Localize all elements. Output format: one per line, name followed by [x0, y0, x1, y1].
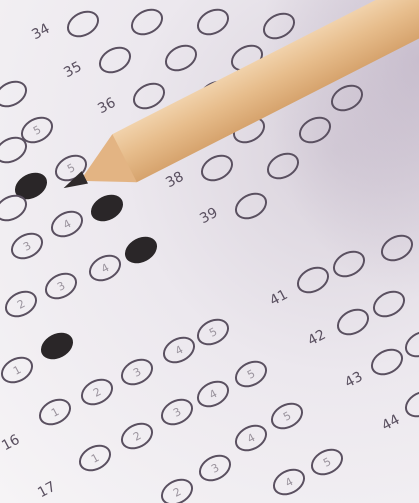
- question-number: 43: [342, 369, 365, 391]
- answer-bubble: 1: [34, 393, 75, 430]
- answer-bubble: 2: [116, 417, 157, 454]
- question-number: 36: [95, 95, 118, 117]
- answer-bubble: 3: [116, 353, 157, 390]
- question-number: 44: [379, 412, 402, 434]
- answer-bubble: [400, 385, 419, 422]
- answer-bubble: 5: [306, 443, 347, 480]
- answer-sheet-photo: 34 35 36 37 38 39 41 42 43 44 16 17 5 5 …: [0, 0, 419, 503]
- answer-bubble: [62, 5, 103, 42]
- answer-bubble: 4: [192, 375, 233, 412]
- answer-bubble: [94, 41, 135, 78]
- filled-bubble: [120, 231, 161, 268]
- answer-bubble: [366, 343, 407, 380]
- answer-bubble: 4: [158, 331, 199, 368]
- answer-bubble: 5: [192, 313, 233, 350]
- question-number: 39: [197, 205, 220, 227]
- answer-bubble: [332, 303, 373, 340]
- answer-bubble: 2: [0, 285, 41, 322]
- answer-bubble: 5: [266, 397, 307, 434]
- answer-bubble: 2: [156, 473, 197, 503]
- question-number: 16: [0, 432, 23, 454]
- answer-bubble: [192, 3, 233, 40]
- answer-bubble: [0, 75, 32, 112]
- answer-bubble: 1: [74, 439, 115, 476]
- answer-bubble: [160, 39, 201, 76]
- answer-bubble: 4: [84, 249, 125, 286]
- answer-bubble: 3: [156, 393, 197, 430]
- answer-bubble: 1: [0, 351, 38, 388]
- answer-bubble: 3: [40, 267, 81, 304]
- answer-bubble: 4: [268, 463, 309, 500]
- filled-bubble-being-marked: [36, 327, 77, 364]
- question-number: 17: [35, 479, 58, 501]
- answer-bubble: 4: [230, 419, 271, 456]
- answer-bubble: 2: [76, 373, 117, 410]
- answer-bubble: [126, 3, 167, 40]
- answer-bubble: 3: [194, 449, 235, 486]
- answer-bubble: 5: [230, 355, 271, 392]
- question-number: 42: [305, 327, 328, 349]
- answer-bubble: 3: [6, 227, 47, 264]
- question-number: 35: [61, 59, 84, 81]
- question-number: 34: [29, 21, 52, 43]
